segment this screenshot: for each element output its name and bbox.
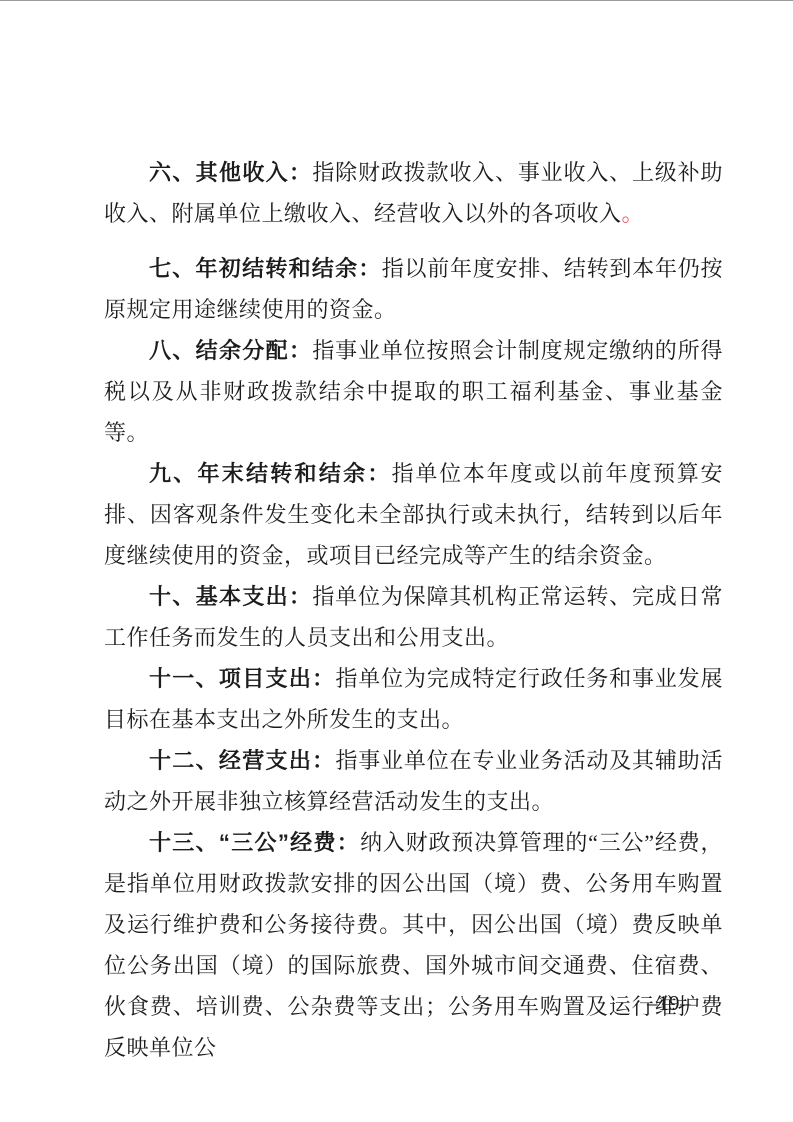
document-body: 六、其他收入：指除财政拨款收入、事业收入、上级补助收入、附属单位上缴收入、经营收… [104,152,723,1068]
definition-term: 十二、经营支出： [149,748,336,773]
definition-paragraph: 十三、“三公”经费：纳入财政预决算管理的“三公”经费，是指单位用财政拨款安排的因… [104,822,723,1068]
document-page: 六、其他收入：指除财政拨款收入、事业收入、上级补助收入、附属单位上缴收入、经营收… [0,0,793,1122]
definition-paragraph: 十、基本支出：指单位为保障其机构正常运转、完成日常工作任务而发生的人员支出和公用… [104,576,723,658]
definition-paragraph: 七、年初结转和结余：指以前年度安排、结转到本年仍按原规定用途继续使用的资金。 [104,248,723,330]
definition-term: 七、年初结转和结余： [149,256,382,281]
definition-text: 纳入财政预决算管理的“三公”经费，是指单位用财政拨款安排的因公出国（境）费、公务… [104,830,723,1060]
definition-paragraph: 十一、项目支出：指单位为完成特定行政任务和事业发展目标在基本支出之外所发生的支出… [104,658,723,740]
definition-term: 六、其他收入： [149,160,312,185]
definition-term: 八、结余分配： [149,338,312,363]
red-period: 。 [622,201,645,226]
page-number: –19– [647,991,691,1016]
definition-paragraph: 十二、经营支出：指事业单位在专业业务活动及其辅助活动之外开展非独立核算经营活动发… [104,740,723,822]
definition-term: 十三、“三公”经费： [149,830,360,855]
definition-paragraph: 九、年末结转和结余：指单位本年度或以前年度预算安排、因客观条件发生变化未全部执行… [104,453,723,576]
definition-term: 十、基本支出： [149,584,312,609]
definition-paragraph: 八、结余分配：指事业单位按照会计制度规定缴纳的所得税以及从非财政拨款结余中提取的… [104,330,723,453]
definition-paragraph: 六、其他收入：指除财政拨款收入、事业收入、上级补助收入、附属单位上缴收入、经营收… [104,152,723,234]
definition-term: 十一、项目支出： [149,666,336,691]
definition-term: 九、年末结转和结余： [149,461,392,486]
